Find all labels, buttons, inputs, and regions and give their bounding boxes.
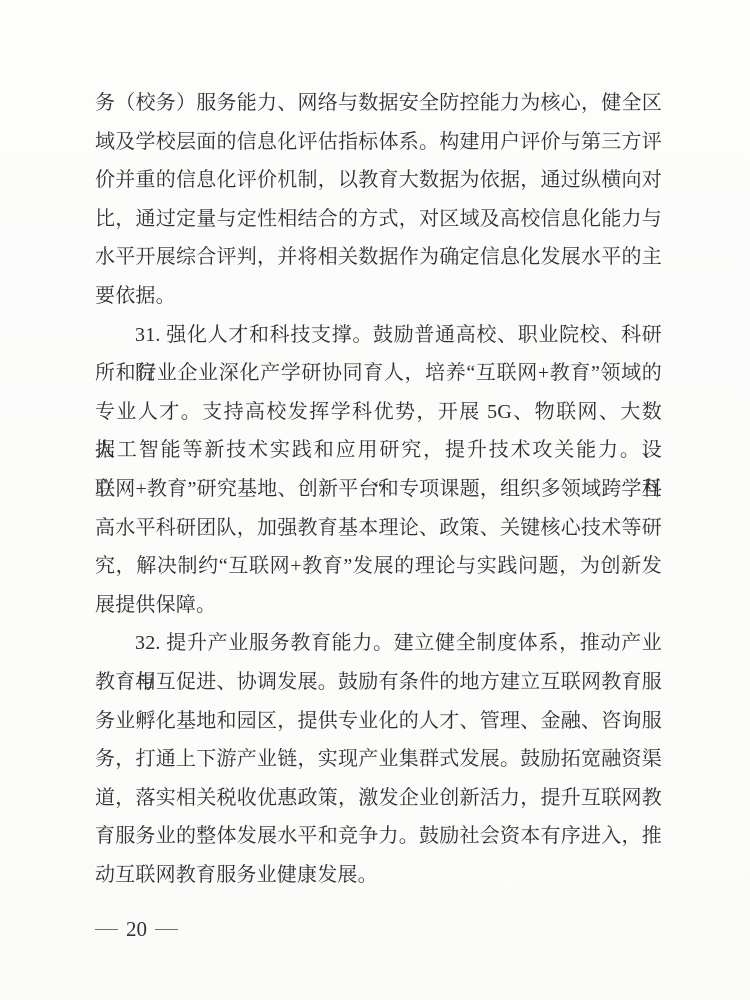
page-number: 20 — [126, 917, 147, 942]
text-line: 所和行业企业深化产学研协同育人，培养“互联网+教育”领域的 — [95, 354, 662, 393]
text-line: 专业人才。支持高校发挥学科优势，开展 5G、物联网、大数据、 — [95, 393, 662, 432]
text-line: 务，打通上下游产业链，实现产业集群式发展。鼓励拓宽融资渠 — [95, 740, 662, 779]
text-line: 高水平科研团队，加强教育基本理论、政策、关键核心技术等研 — [95, 509, 662, 548]
text-line: 务（校务）服务能力、网络与数据安全防控能力为核心，健全区 — [95, 84, 662, 123]
text-line: 道，落实相关税收优惠政策，激发企业创新活力，提升互联网教 — [95, 779, 662, 818]
text-line: 务业孵化基地和园区，提供专业化的人才、管理、金融、咨询服 — [95, 702, 662, 741]
text-line: 联网+教育”研究基地、创新平台和专项课题，组织多领域跨学科 — [95, 470, 662, 509]
para-continuation: 务（校务）服务能力、网络与数据安全防控能力为核心，健全区域及学校层面的信息化评估… — [95, 84, 662, 316]
text-block: 务（校务）服务能力、网络与数据安全防控能力为核心，健全区域及学校层面的信息化评估… — [95, 84, 662, 894]
text-line: 比，通过定量与定性相结合的方式，对区域及高校信息化能力与 — [95, 200, 662, 239]
text-line: 育服务业的整体发展水平和竞争力。鼓励社会资本有序进入，推 — [95, 817, 662, 856]
para-32: 32. 提升产业服务教育能力。建立健全制度体系，推动产业与教育相互促进、协调发展… — [95, 624, 662, 894]
text-line: 动互联网教育服务业健康发展。 — [95, 856, 662, 895]
footer-left-dash: — — [95, 918, 118, 940]
text-line: 人工智能等新技术实践和应用研究，提升技术攻关能力。设立“互 — [95, 431, 662, 470]
footer-right-dash: — — [155, 918, 178, 940]
text-line: 32. 提升产业服务教育能力。建立健全制度体系，推动产业与 — [95, 624, 662, 663]
text-line: 展提供保障。 — [95, 586, 662, 625]
para-31: 31. 强化人才和科技支撑。鼓励普通高校、职业院校、科研院所和行业企业深化产学研… — [95, 316, 662, 625]
text-line: 价并重的信息化评价机制，以教育大数据为依据，通过纵横向对 — [95, 161, 662, 200]
page-footer: — 20 — — [97, 914, 176, 944]
document-page: 务（校务）服务能力、网络与数据安全防控能力为核心，健全区域及学校层面的信息化评估… — [0, 0, 750, 1000]
text-line: 教育相互促进、协调发展。鼓励有条件的地方建立互联网教育服 — [95, 663, 662, 702]
text-line: 31. 强化人才和科技支撑。鼓励普通高校、职业院校、科研院 — [95, 316, 662, 355]
text-line: 域及学校层面的信息化评估指标体系。构建用户评价与第三方评 — [95, 123, 662, 162]
text-line: 究，解决制约“互联网+教育”发展的理论与实践问题，为创新发 — [95, 547, 662, 586]
text-line: 要依据。 — [95, 277, 662, 316]
text-line: 水平开展综合评判，并将相关数据作为确定信息化发展水平的主 — [95, 238, 662, 277]
